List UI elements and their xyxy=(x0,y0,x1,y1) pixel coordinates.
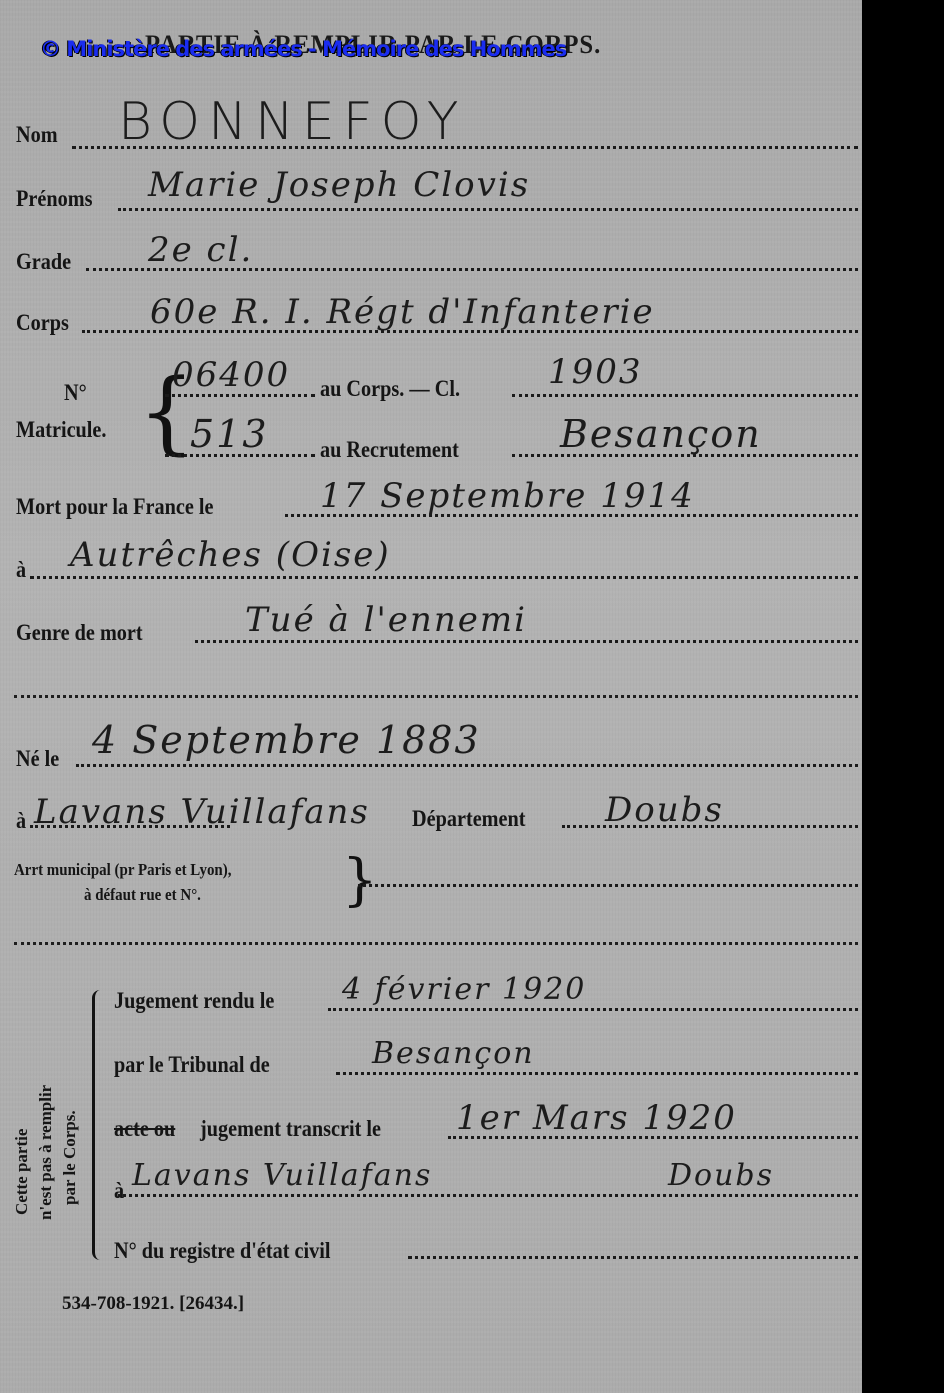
corps-label: Corps xyxy=(16,310,69,336)
tribunal-label: par le Tribunal de xyxy=(114,1052,270,1078)
classe-line xyxy=(512,394,858,397)
ne-a-label: à xyxy=(16,808,26,834)
recrutement-place: Besançon xyxy=(560,412,762,456)
side-bracket xyxy=(92,990,103,1260)
classe-value: 1903 xyxy=(548,352,643,392)
death-record-card: © Ministère des armées - Mémoire des Hom… xyxy=(0,0,862,1393)
arrondissement-brace: } xyxy=(342,853,378,909)
jugement-rendu-value: 4 février 1920 xyxy=(342,972,586,1007)
genre-mort-value: Tué à l'ennemi xyxy=(245,600,527,640)
registre-line xyxy=(408,1256,858,1259)
recrutement-label: au Recrutement xyxy=(320,437,459,463)
side-note: Cette partie n'est pas à remplir par le … xyxy=(10,1030,100,1220)
mort-a-line xyxy=(30,576,858,579)
mort-le-label: Mort pour la France le xyxy=(16,494,213,520)
lieu-line xyxy=(118,1194,858,1197)
lieu-value: Lavans Vuillafans xyxy=(132,1158,432,1193)
jugement-rendu-label: Jugement rendu le xyxy=(114,988,274,1014)
lieu-label: à xyxy=(114,1178,124,1204)
departement-value: Doubs xyxy=(605,790,724,830)
tribunal-line xyxy=(336,1072,858,1075)
lieu-dept-value: Doubs xyxy=(668,1158,774,1193)
side-note-line-1: Cette partie xyxy=(12,1129,32,1215)
registre-label: N° du registre d'état civil xyxy=(114,1238,330,1264)
prenoms-label: Prénoms xyxy=(16,186,92,212)
genre-mort-line xyxy=(195,640,858,643)
nom-value: BONNEFOY xyxy=(118,92,466,152)
corps-value: 60e R. I. Régt d'Infanterie xyxy=(150,292,655,332)
arrondissement-line xyxy=(358,884,858,887)
copyright-watermark: © Ministère des armées - Mémoire des Hom… xyxy=(40,37,566,61)
mort-le-value: 17 Septembre 1914 xyxy=(320,476,695,516)
ne-le-line xyxy=(76,764,858,767)
grade-value: 2e cl. xyxy=(148,230,253,270)
matricule-recrutement-value: 513 xyxy=(190,412,269,456)
departement-label: Département xyxy=(412,806,526,832)
prenoms-value: Marie Joseph Clovis xyxy=(148,165,530,205)
ne-le-label: Né le xyxy=(16,746,59,772)
ne-le-value: 4 Septembre 1883 xyxy=(92,718,481,762)
arrondissement-label-2: à défaut rue et N°. xyxy=(84,885,201,905)
genre-mort-label: Genre de mort xyxy=(16,620,143,646)
mort-a-label: à xyxy=(16,557,26,583)
ne-a-value: Lavans Vuillafans xyxy=(34,792,370,832)
tribunal-value: Besançon xyxy=(372,1036,535,1071)
arrondissement-label-1: Arrt municipal (pr Paris et Lyon), xyxy=(14,860,231,880)
transcrit-label: jugement transcrit le xyxy=(200,1116,381,1142)
nom-label: Nom xyxy=(16,122,58,148)
side-note-line-3: par le Corps. xyxy=(60,1110,80,1205)
matricule-label: Matricule. xyxy=(16,417,106,443)
prenoms-line xyxy=(118,208,858,211)
matricule-corps-label: au Corps. — Cl. xyxy=(320,376,460,402)
section-divider-2 xyxy=(14,942,858,945)
print-reference: 534-708-1921. [26434.] xyxy=(62,1293,244,1315)
matricule-no-label: N° xyxy=(64,380,87,406)
grade-label: Grade xyxy=(16,249,71,275)
side-note-line-2: n'est pas à remplir xyxy=(36,1085,56,1220)
matricule-corps-value: 06400 xyxy=(172,355,290,395)
section-divider xyxy=(14,695,858,698)
acte-ou-struck-label: acte ou xyxy=(114,1116,175,1142)
jugement-rendu-line xyxy=(328,1008,858,1011)
transcrit-value: 1er Mars 1920 xyxy=(456,1098,737,1138)
mort-a-value: Autrêches (Oise) xyxy=(70,535,391,575)
